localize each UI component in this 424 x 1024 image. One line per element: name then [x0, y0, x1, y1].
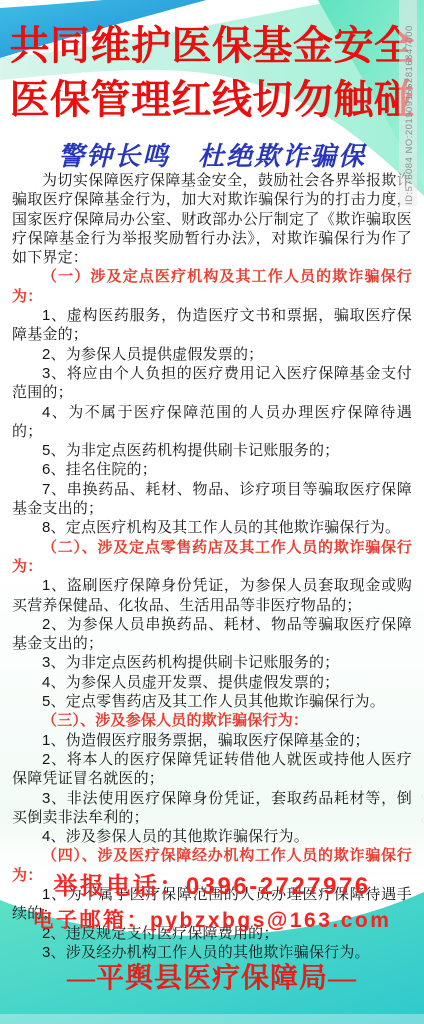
section-heading: （三）、涉及参保人员的欺诈骗保行为： — [12, 711, 412, 730]
section-item: 2、为参保人员提供虚假发票的； — [12, 345, 412, 364]
watermark-id-text: ID:575084 NO:2019091562816847000 — [404, 25, 415, 205]
sections-container: （一）涉及定点医疗机构及其工作人员的欺诈骗保行为：1、虚构医药服务，伪造医疗文书… — [12, 267, 412, 962]
contact-block: 举报电话：0396-2727976 电子邮箱：pybzxbgs@163.com — [0, 866, 424, 934]
section-item: 4、为不属于医疗保障范围的人员办理医疗保障待遇的； — [12, 403, 412, 442]
report-email-line: 电子邮箱：pybzxbgs@163.com — [0, 904, 424, 934]
org-name: —平舆县医疗保障局— — [0, 956, 424, 996]
section-item: 2、将本人的医疗保障凭证转借他人就医或持他人医疗保障凭证冒名就医的； — [12, 750, 412, 789]
poster-title-line1: 共同维护医保基金安全 — [0, 22, 424, 70]
section-heading: （二）、涉及定点零售药店及其工作人员的欺诈骗保行为： — [12, 538, 412, 577]
intro-paragraph: 为切实保障医疗保障基金安全，鼓励社会各界举报欺诈骗取医疗保障基金行为，加大对欺诈… — [12, 171, 412, 267]
poster-title-line2: 医保管理红线切勿触碰 — [0, 76, 424, 124]
section-item: 3、非法使用医疗保障身份凭证，套取药品耗材等，倒买倒卖非法牟利的； — [12, 789, 412, 828]
section-item: 5、为非定点医药机构提供刷卡记账服务的； — [12, 441, 412, 460]
poster-subtitle: 警钟长鸣 杜绝欺诈骗保 — [0, 136, 424, 173]
section-item: 1、伪造假医疗服务票据，骗取医疗保障基金的； — [12, 731, 412, 750]
section-item: 8、定点医疗机构及其工作人员的其他欺诈骗保行为。 — [12, 518, 412, 537]
section-heading: （一）涉及定点医疗机构及其工作人员的欺诈骗保行为： — [12, 267, 412, 306]
section-item: 3、将应由个人负担的医疗费用记入医疗保障基金支付范围的； — [12, 364, 412, 403]
section-item: 1、盗刷医疗保障身份凭证，为参保人员套取现金或购买营养保健品、化妆品、生活用品等… — [12, 576, 412, 615]
section-item: 2、为参保人员串换药品、耗材、物品等骗取医疗保障基金支出的； — [12, 615, 412, 654]
report-phone-line: 举报电话：0396-2727976 — [0, 866, 424, 901]
section-item: 4、为参保人员虚开发票、提供虚假发票的； — [12, 673, 412, 692]
poster: 共同维护医保基金安全 医保管理红线切勿触碰 警钟长鸣 杜绝欺诈骗保 为切实保障医… — [0, 0, 424, 1024]
bottom-light-strip — [0, 1014, 424, 1024]
phone-number: 0396-2727976 — [186, 873, 371, 900]
section-item: 7、串换药品、耗材、物品、诊疗项目等骗取医疗保障基金支出的； — [12, 480, 412, 519]
section-item: 5、定点零售药店及其工作人员其他欺诈骗保行为。 — [12, 692, 412, 711]
phone-label: 举报电话： — [53, 873, 186, 900]
section-item: 3、为非定点医药机构提供刷卡记账服务的； — [12, 653, 412, 672]
section-item: 4、涉及参保人员的其他欺诈骗保行为。 — [12, 827, 412, 846]
body-text: 为切实保障医疗保障基金安全，鼓励社会各界举报欺诈骗取医疗保障基金行为，加大对欺诈… — [12, 171, 412, 962]
section-item: 6、挂名住院的； — [12, 460, 412, 479]
section-item: 1、虚构医药服务，伪造医疗文书和票据，骗取医疗保障基金的； — [12, 306, 412, 345]
email-label: 电子邮箱： — [33, 909, 151, 932]
email-address: pybzxbgs@163.com — [150, 909, 391, 932]
